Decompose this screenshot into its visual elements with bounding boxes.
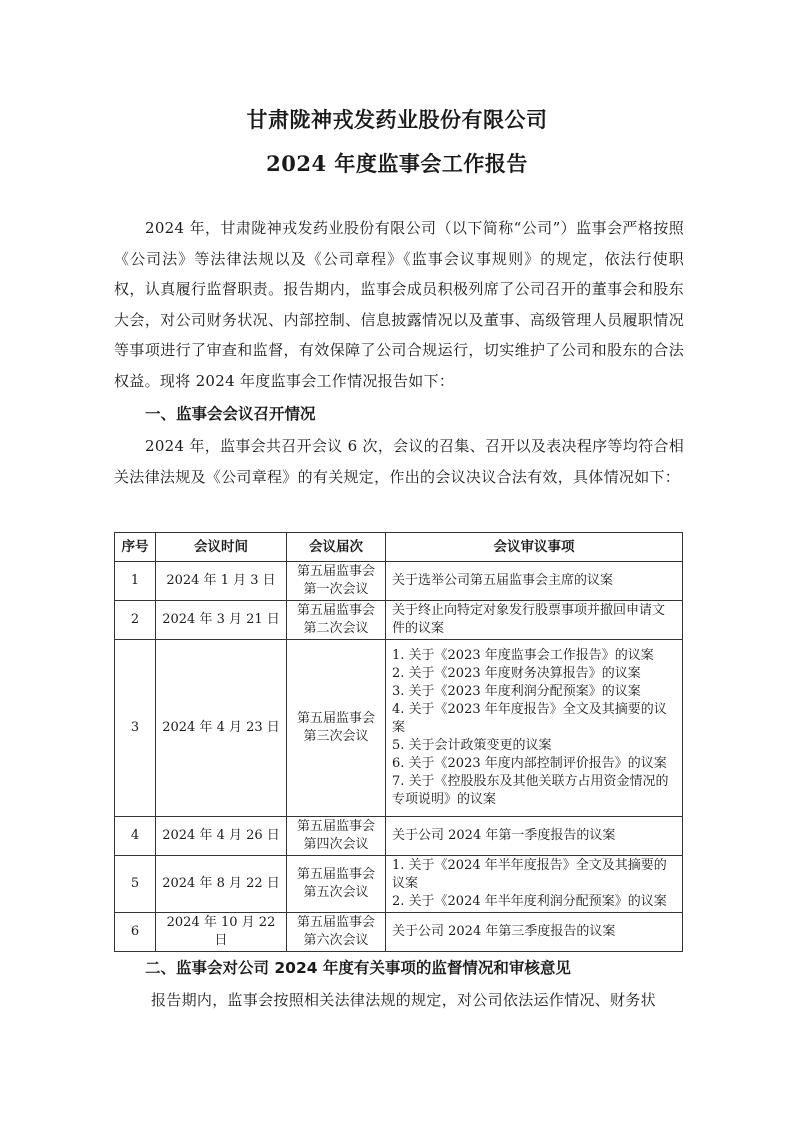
row-items: 关于公司 2024 年第一季度报告的议案 (386, 817, 683, 856)
header-no: 序号 (115, 533, 156, 562)
header-items: 会议审议事项 (386, 533, 683, 562)
document-title: 甘肃陇神戎发药业股份有限公司 (0, 104, 794, 134)
row-items: 关于公司 2024 年第三季度报告的议案 (386, 913, 683, 952)
row-date: 2024 年 4 月 26 日 (156, 817, 287, 856)
row-session: 第五届监事会 第四次会议 (287, 817, 386, 856)
row-no: 5 (115, 856, 156, 913)
table-row: 4 2024 年 4 月 26 日 第五届监事会 第四次会议 关于公司 2024… (115, 817, 683, 856)
table-row: 3 2024 年 4 月 23 日 第五届监事会 第三次会议 1. 关于《202… (115, 640, 683, 817)
table-row: 6 2024 年 10 月 22 日 第五届监事会 第六次会议 关于公司 202… (115, 913, 683, 952)
row-session: 第五届监事会 第五次会议 (287, 856, 386, 913)
row-session: 第五届监事会 第二次会议 (287, 601, 386, 640)
agenda-item: 1. 关于《2023 年度监事会工作报告》的议案 (392, 647, 676, 665)
session-line-1: 第五届监事会 (293, 710, 379, 728)
table-header-row: 序号 会议时间 会议届次 会议审议事项 (115, 533, 683, 562)
row-items: 关于选举公司第五届监事会主席的议案 (386, 562, 683, 601)
session-line-2: 第三次会议 (293, 728, 379, 746)
row-date: 2024 年 8 月 22 日 (156, 856, 287, 913)
session-line-1: 第五届监事会 (293, 866, 379, 884)
row-no: 1 (115, 562, 156, 601)
section-2-heading: 二、监事会对公司 2024 年度有关事项的监督情况和审核意见 (145, 956, 571, 978)
section-1-paragraph: 2024 年，监事会共召开会议 6 次，会议的召集、召开以及表决程序等均符合相关… (114, 431, 684, 492)
row-session: 第五届监事会 第一次会议 (287, 562, 386, 601)
session-line-1: 第五届监事会 (293, 818, 379, 836)
agenda-item: 2. 关于《2023 年度财务决算报告》的议案 (392, 665, 676, 683)
header-date: 会议时间 (156, 533, 287, 562)
session-line-2: 第六次会议 (293, 932, 379, 950)
table-row: 1 2024 年 1 月 3 日 第五届监事会 第一次会议 关于选举公司第五届监… (115, 562, 683, 601)
intro-paragraph: 2024 年，甘肃陇神戎发药业股份有限公司（以下简称“公司”）监事会严格按照《公… (114, 213, 684, 396)
meetings-table: 序号 会议时间 会议届次 会议审议事项 1 2024 年 1 月 3 日 第五届… (114, 532, 683, 952)
agenda-item: 4. 关于《2023 年年度报告》全文及其摘要的议案 (392, 701, 676, 737)
section-2-paragraph: 报告期内，监事会按照相关法律法规的规定，对公司依法运作情况、财务状 (151, 985, 685, 1016)
agenda-item: 5. 关于会计政策变更的议案 (392, 737, 676, 755)
agenda-item: 6. 关于《2023 年度内部控制评价报告》的议案 (392, 755, 676, 773)
row-items: 关于终止向特定对象发行股票事项并撤回申请文件的议案 (386, 601, 683, 640)
document-subtitle: 2024 年度监事会工作报告 (0, 148, 794, 178)
agenda-item: 3. 关于《2023 年度利润分配预案》的议案 (392, 683, 676, 701)
row-no: 4 (115, 817, 156, 856)
agenda-item: 关于终止向特定对象发行股票事项并撤回申请文件的议案 (392, 602, 676, 638)
header-session: 会议届次 (287, 533, 386, 562)
agenda-item: 7. 关于《控股股东及其他关联方占用资金情况的专项说明》的议案 (392, 773, 676, 809)
agenda-item: 2. 关于《2024 年半年度利润分配预案》的议案 (392, 893, 676, 911)
session-line-2: 第一次会议 (293, 581, 379, 599)
row-no: 3 (115, 640, 156, 817)
agenda-item: 关于公司 2024 年第一季度报告的议案 (392, 827, 676, 845)
session-line-2: 第四次会议 (293, 836, 379, 854)
session-line-1: 第五届监事会 (293, 602, 379, 620)
row-session: 第五届监事会 第六次会议 (287, 913, 386, 952)
row-date: 2024 年 3 月 21 日 (156, 601, 287, 640)
row-session: 第五届监事会 第三次会议 (287, 640, 386, 817)
table-row: 5 2024 年 8 月 22 日 第五届监事会 第五次会议 1. 关于《202… (115, 856, 683, 913)
session-line-2: 第二次会议 (293, 620, 379, 638)
session-line-1: 第五届监事会 (293, 914, 379, 932)
row-date: 2024 年 4 月 23 日 (156, 640, 287, 817)
row-date: 2024 年 10 月 22 日 (156, 913, 287, 952)
row-items: 1. 关于《2023 年度监事会工作报告》的议案 2. 关于《2023 年度财务… (386, 640, 683, 817)
row-no: 6 (115, 913, 156, 952)
agenda-item: 关于公司 2024 年第三季度报告的议案 (392, 923, 676, 941)
agenda-item: 关于选举公司第五届监事会主席的议案 (392, 572, 676, 590)
section-1-heading: 一、监事会会议召开情况 (145, 402, 316, 424)
agenda-item: 1. 关于《2024 年半年度报告》全文及其摘要的议案 (392, 857, 676, 893)
row-no: 2 (115, 601, 156, 640)
table-row: 2 2024 年 3 月 21 日 第五届监事会 第二次会议 关于终止向特定对象… (115, 601, 683, 640)
row-date: 2024 年 1 月 3 日 (156, 562, 287, 601)
session-line-1: 第五届监事会 (293, 563, 379, 581)
session-line-2: 第五次会议 (293, 884, 379, 902)
row-items: 1. 关于《2024 年半年度报告》全文及其摘要的议案 2. 关于《2024 年… (386, 856, 683, 913)
